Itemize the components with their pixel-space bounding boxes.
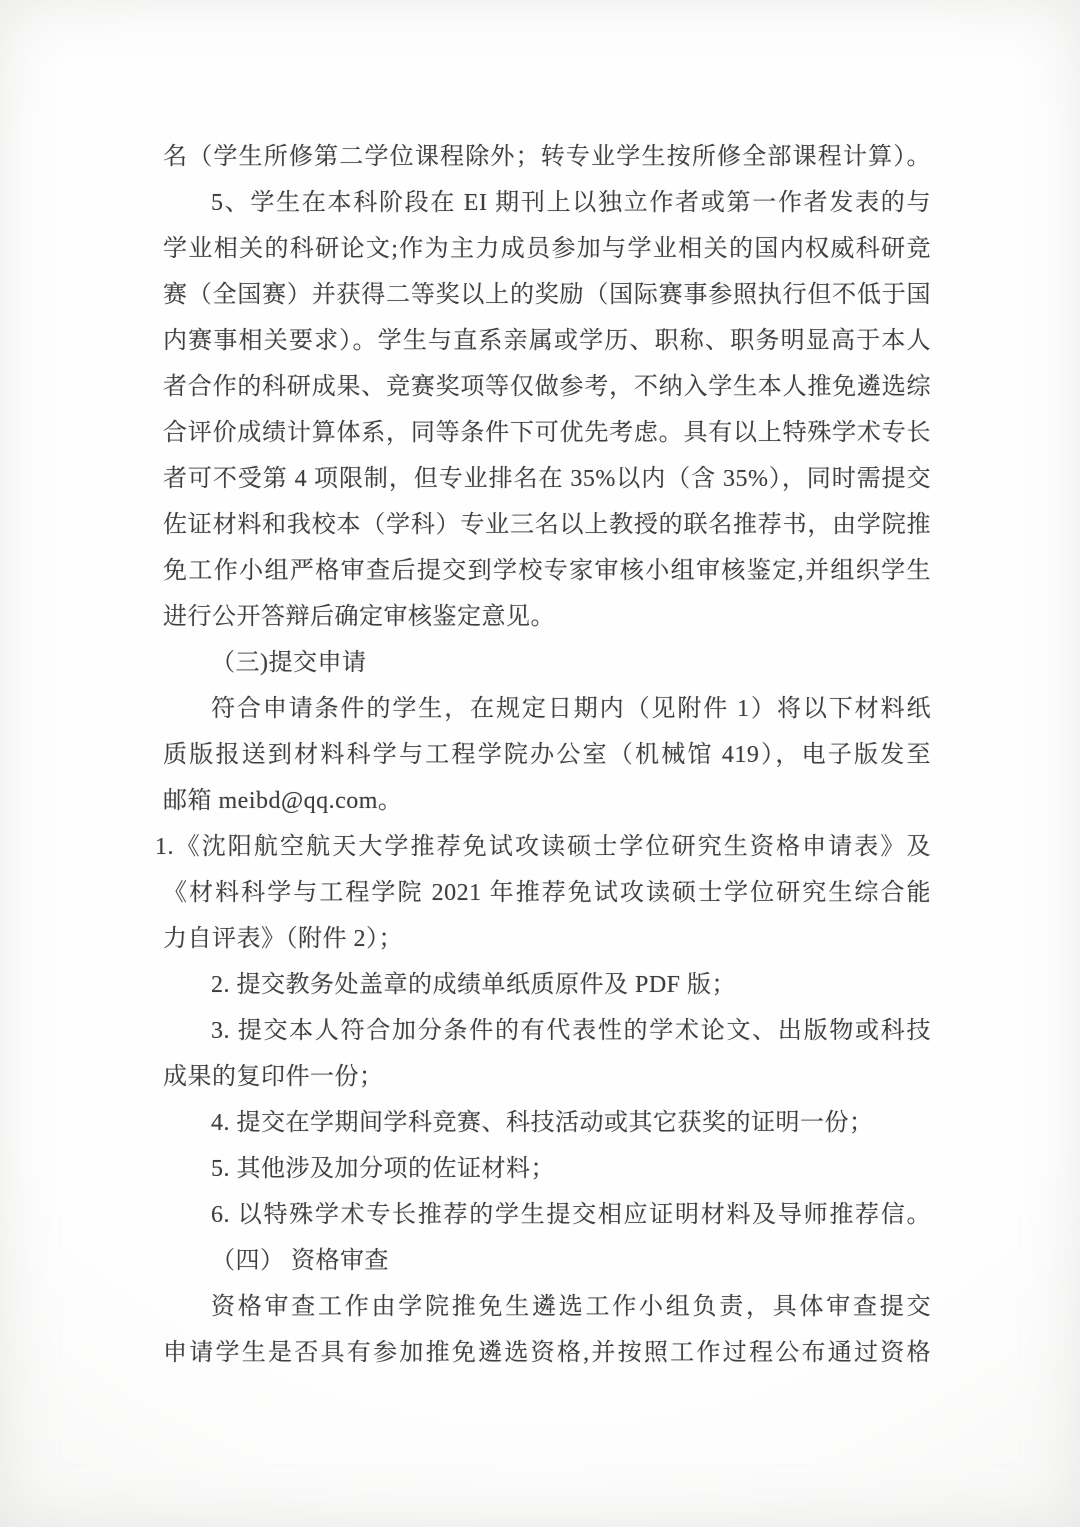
doc-line-email: 邮箱 meibd@qq.com。 xyxy=(163,778,931,824)
doc-line: 符合申请条件的学生，在规定日期内（见附件 1）将以下材料纸 xyxy=(163,686,931,732)
doc-line: 力自评表》（附件 2）； xyxy=(163,916,931,962)
doc-list-item: 2. 提交教务处盖章的成绩单纸质原件及 PDF 版； xyxy=(163,962,931,1008)
doc-line: 成果的复印件一份； xyxy=(163,1054,931,1100)
doc-line: 佐证材料和我校本（学科）专业三名以上教授的联名推荐书，由学院推 xyxy=(163,502,931,548)
doc-line: 质版报送到材料科学与工程学院办公室（机械馆 419），电子版发至 xyxy=(163,732,931,778)
doc-line: 者可不受第 4 项限制，但专业排名在 35%以内（含 35%），同时需提交 xyxy=(163,456,931,502)
doc-line: 《材料科学与工程学院 2021 年推荐免试攻读硕士学位研究生综合能 xyxy=(163,870,931,916)
doc-line: 合评价成绩计算体系，同等条件下可优先考虑。具有以上特殊学术专长 xyxy=(163,410,931,456)
text-block: 名（学生所修第二学位课程除外；转专业学生按所修全部课程计算）。 5、学生在本科阶… xyxy=(163,134,931,1376)
doc-list-item: 1.《沈阳航空航天大学推荐免试攻读硕士学位研究生资格申请表》及 xyxy=(155,824,931,870)
doc-line: 学业相关的科研论文;作为主力成员参加与学业相关的国内权威科研竞 xyxy=(163,226,931,272)
doc-section-heading: （四） 资格审查 xyxy=(163,1238,931,1284)
doc-line: 免工作小组严格审查后提交到学校专家审核小组审核鉴定,并组织学生 xyxy=(163,548,931,594)
doc-line: 名（学生所修第二学位课程除外；转专业学生按所修全部课程计算）。 xyxy=(163,134,931,180)
doc-list-item: 3. 提交本人符合加分条件的有代表性的学术论文、出版物或科技 xyxy=(163,1008,931,1054)
doc-line: 者合作的科研成果、竞赛奖项等仅做参考，不纳入学生本人推免遴选综 xyxy=(163,364,931,410)
doc-line: 申请学生是否具有参加推免遴选资格,并按照工作过程公布通过资格 xyxy=(163,1330,931,1376)
document-page: 名（学生所修第二学位课程除外；转专业学生按所修全部课程计算）。 5、学生在本科阶… xyxy=(0,0,1080,1527)
doc-list-item: 6. 以特殊学术专长推荐的学生提交相应证明材料及导师推荐信。 xyxy=(163,1192,931,1238)
doc-list-item: 5. 其他涉及加分项的佐证材料； xyxy=(163,1146,931,1192)
doc-line: 内赛事相关要求）。学生与直系亲属或学历、职称、职务明显高于本人 xyxy=(163,318,931,364)
doc-section-heading: （三)提交申请 xyxy=(163,640,931,686)
doc-list-item: 4. 提交在学期间学科竞赛、科技活动或其它获奖的证明一份； xyxy=(163,1100,931,1146)
doc-line: 资格审查工作由学院推免生遴选工作小组负责，具体审查提交 xyxy=(163,1284,931,1330)
doc-line: 进行公开答辩后确定审核鉴定意见。 xyxy=(163,594,931,640)
doc-line: 赛（全国赛）并获得二等奖以上的奖励（国际赛事参照执行但不低于国 xyxy=(163,272,931,318)
doc-line: 5、学生在本科阶段在 EI 期刊上以独立作者或第一作者发表的与 xyxy=(163,180,931,226)
